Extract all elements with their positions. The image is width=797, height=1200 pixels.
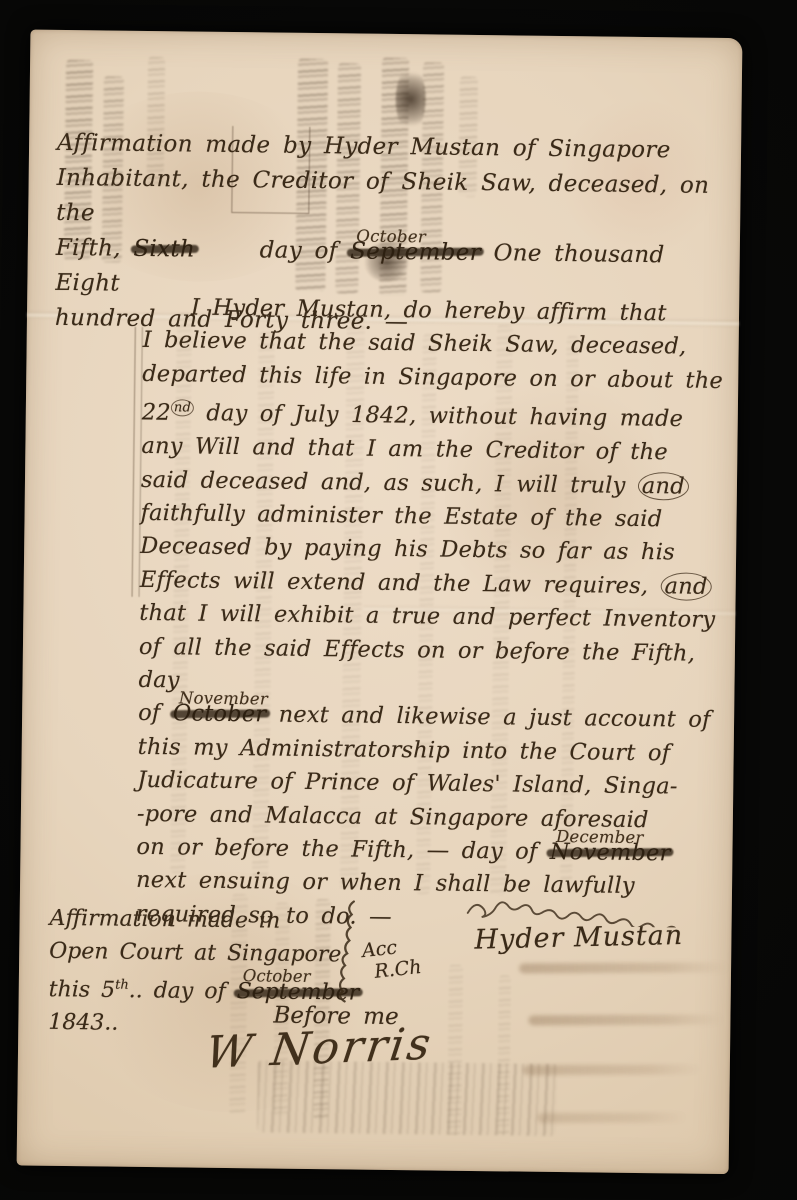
text-segment: this my Administratorship into the Court… bbox=[138, 734, 671, 767]
verso-text-shadow bbox=[519, 962, 729, 973]
text-segment: that I will exhibit a true and perfect I… bbox=[139, 600, 715, 633]
text-segment: of bbox=[138, 700, 173, 726]
text-segment: day of July 1842, without having made bbox=[194, 400, 683, 432]
text-segment: departed this life in Singapore on or ab… bbox=[142, 361, 723, 394]
text-segment: I believe that the said Sheik Saw, decea… bbox=[143, 327, 687, 360]
verso-text-shadow bbox=[537, 1112, 687, 1123]
superscript-text: th bbox=[115, 978, 129, 993]
text-segment: any Will and that I am the Creditor of t… bbox=[141, 433, 668, 465]
text-segment: .. day of bbox=[129, 978, 237, 1004]
struck-word: October bbox=[173, 701, 267, 728]
scan-background: { "scan": { "background_color": "#070706… bbox=[0, 0, 797, 1200]
clerk-initials: Acc R.Ch bbox=[361, 934, 423, 984]
text-segment: on or before the Fifth, — day of bbox=[136, 834, 550, 865]
text-segment: next and likewise a just account of bbox=[266, 702, 711, 733]
struck-word: Sixth bbox=[133, 236, 195, 263]
text-segment: I Hyder Mustan, do hereby affirm that bbox=[191, 294, 667, 326]
text-segment: this 5 bbox=[49, 977, 116, 1003]
corrected-word: DecemberNovember bbox=[550, 836, 671, 871]
document-page: Affirmation made by Hyder Mustan of Sing… bbox=[17, 30, 743, 1175]
verso-text-shadow bbox=[528, 1014, 723, 1025]
ink-blot bbox=[395, 66, 426, 132]
corrected-word: OctoberSeptember bbox=[350, 234, 481, 271]
text-segment: Fifth, bbox=[56, 235, 134, 262]
clerk-initials-line: R.Ch bbox=[373, 956, 422, 983]
text-segment: 22 bbox=[142, 400, 171, 426]
text-segment: and bbox=[638, 472, 689, 501]
text-segment: faithfully administer the Estate of the … bbox=[140, 500, 662, 532]
recorder-signature: W Norris bbox=[203, 1018, 437, 1078]
struck-word: November bbox=[550, 839, 671, 866]
superscript-text: nd bbox=[171, 399, 194, 416]
text-segment: day of bbox=[247, 237, 350, 264]
brace-mark bbox=[339, 899, 362, 1003]
verso-text-shadow bbox=[523, 1064, 703, 1075]
text-segment: Effects will extend and the Law requires… bbox=[140, 567, 661, 599]
ink-bleed-column bbox=[497, 975, 511, 1135]
text-segment: Deceased by paying his Debts so far as h… bbox=[140, 533, 675, 566]
text-segment: Inhabitant, the Creditor of Sheik Saw, d… bbox=[56, 165, 722, 226]
text-segment: and bbox=[660, 572, 711, 601]
corrected-word: NovemberOctober bbox=[173, 698, 267, 733]
deponent-signature: Hyder Mustan bbox=[474, 920, 683, 956]
text-segment: Affirmation made in bbox=[49, 906, 280, 934]
text-segment: Judicature of Prince of Wales' Island, S… bbox=[137, 767, 678, 800]
struck-word: September bbox=[350, 238, 481, 266]
body-paragraph: I Hyder Mustan, do hereby affirm thatI b… bbox=[135, 291, 735, 938]
text-segment: 1843.. bbox=[48, 1010, 118, 1036]
text-segment: Affirmation made by Hyder Mustan of Sing… bbox=[57, 130, 671, 163]
text-segment: said deceased and, as such, I will truly bbox=[141, 466, 638, 498]
ink-bleed-column bbox=[447, 965, 463, 1135]
